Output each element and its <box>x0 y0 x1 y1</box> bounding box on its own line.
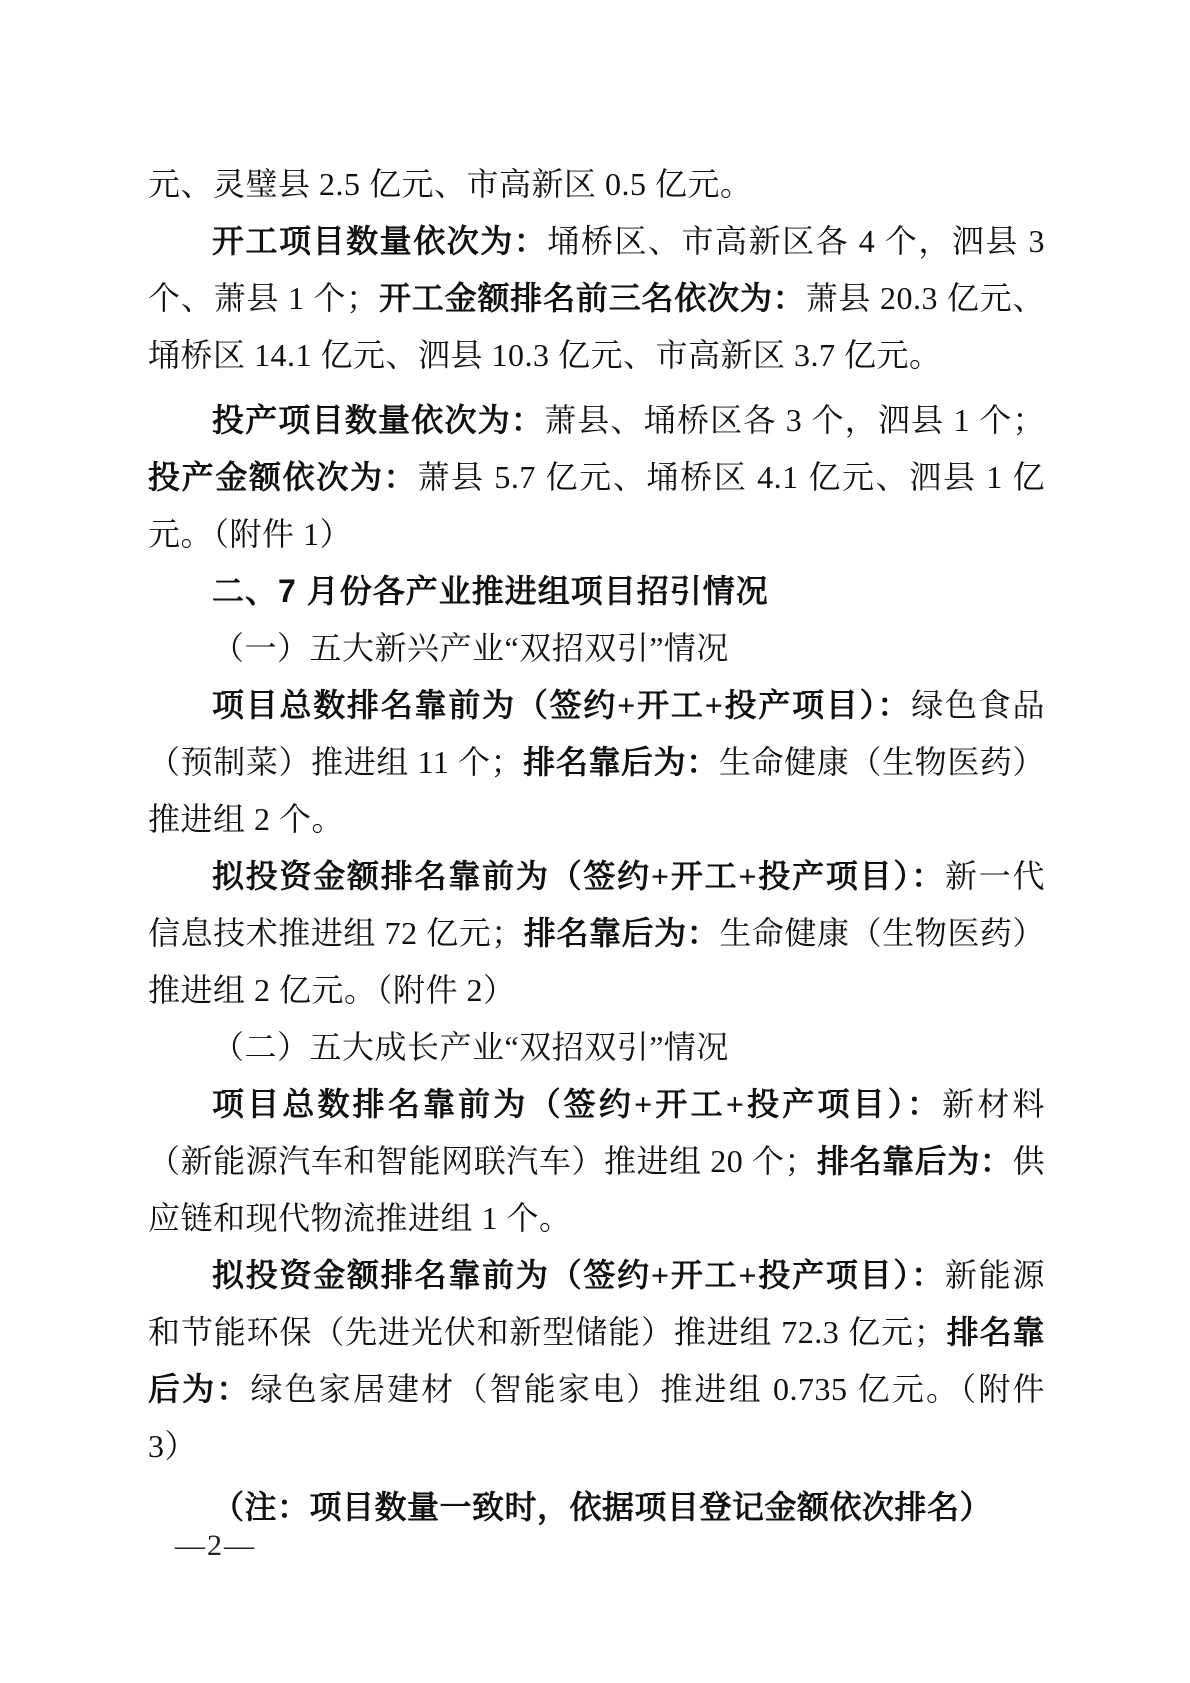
bold-label-run: 排名靠后为： <box>524 915 720 951</box>
paragraph-emerging-project-counts: 项目总数排名靠前为（签约+开工+投产项目）：绿色食品（预制菜）推进组 11 个；… <box>148 677 1045 848</box>
document-text-block: 元、灵璧县 2.5 亿元、市高新区 0.5 亿元。 开工项目数量依次为：埇桥区、… <box>148 156 1045 1536</box>
note-ranking-rule: （注：项目数量一致时，依据项目登记金额依次排名） <box>148 1479 1045 1536</box>
paragraph-emerging-investment-amounts: 拟投资金额排名靠前为（签约+开工+投产项目）：新一代信息技术推进组 72 亿元；… <box>148 848 1045 1019</box>
paragraph-growth-investment-amounts: 拟投资金额排名靠前为（签约+开工+投产项目）：新能源和节能环保（先进光伏和新型储… <box>148 1247 1045 1475</box>
page-number: —2— <box>175 1528 256 1564</box>
document-page: 元、灵璧县 2.5 亿元、市高新区 0.5 亿元。 开工项目数量依次为：埇桥区、… <box>0 0 1190 1683</box>
bold-label-run: 投产金额依次为： <box>148 459 417 495</box>
subheading-five-growth-industries: （二）五大成长产业“双招双引”情况 <box>148 1019 1045 1076</box>
bold-label-run: 排名靠后为： <box>817 1143 1013 1179</box>
bold-label-run: 项目总数排名靠前为（签约+开工+投产项目）： <box>212 687 911 723</box>
bold-label-run: 拟投资金额排名靠前为（签约+开工+投产项目）： <box>212 858 945 894</box>
section-heading-july-industry-groups: 二、7 月份各产业推进组项目招引情况 <box>148 563 1045 620</box>
paragraph-signing-amounts-continuation: 元、灵璧县 2.5 亿元、市高新区 0.5 亿元。 <box>148 156 1045 213</box>
subheading-text-run: （一）五大新兴产业“双招双引”情况 <box>212 630 729 666</box>
paragraph-started-projects: 开工项目数量依次为：埇桥区、市高新区各 4 个，泗县 3 个、萧县 1 个；开工… <box>148 213 1045 384</box>
body-text-run: 萧县、埇桥区各 3 个，泗县 1 个； <box>544 402 1045 438</box>
bold-label-run: 项目总数排名靠前为（签约+开工+投产项目）： <box>212 1086 942 1122</box>
bold-label-run: 开工项目数量依次为： <box>212 223 547 259</box>
bold-label-run: 排名靠后为： <box>523 744 719 780</box>
note-text-run: （注：项目数量一致时，依据项目登记金额依次排名） <box>212 1489 992 1525</box>
subheading-five-emerging-industries: （一）五大新兴产业“双招双引”情况 <box>148 620 1045 677</box>
paragraph-growth-project-counts: 项目总数排名靠前为（签约+开工+投产项目）：新材料（新能源汽车和智能网联汽车）推… <box>148 1076 1045 1247</box>
body-text-run: 绿色家居建材（智能家电）推进组 0.735 亿元。（附件 3） <box>148 1371 1045 1464</box>
body-text-run: 元、灵璧县 2.5 亿元、市高新区 0.5 亿元。 <box>148 166 753 202</box>
bold-label-run: 开工金额排名前三名依次为： <box>379 280 806 316</box>
bold-label-run: 投产项目数量依次为： <box>212 402 544 438</box>
heading-text-run: 二、7 月份各产业推进组项目招引情况 <box>212 573 769 609</box>
subheading-text-run: （二）五大成长产业“双招双引”情况 <box>212 1029 729 1065</box>
paragraph-production-projects: 投产项目数量依次为：萧县、埇桥区各 3 个，泗县 1 个；投产金额依次为：萧县 … <box>148 392 1045 563</box>
bold-label-run: 拟投资金额排名靠前为（签约+开工+投产项目）： <box>212 1257 945 1293</box>
